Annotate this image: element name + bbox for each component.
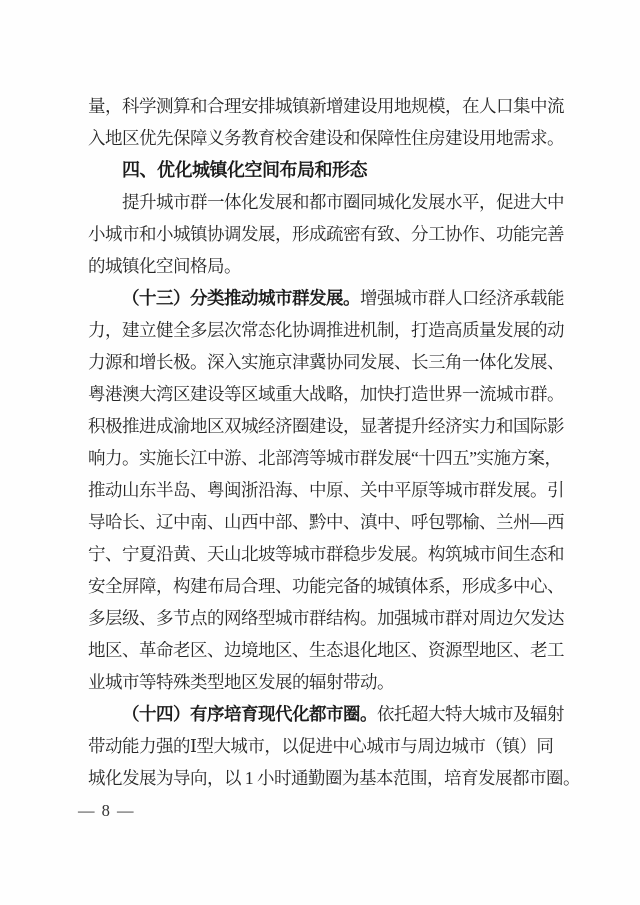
- body-text: 量，科学测算和合理安排城镇新增建设用地规模，在人口集中流: [88, 96, 564, 116]
- body-text: 业城市等特殊类型地区发展的辐射带动。: [88, 672, 394, 692]
- document-body: 量，科学测算和合理安排城镇新增建设用地规模，在人口集中流入地区优先保障义务教育校…: [88, 90, 563, 794]
- text-line: 宁、宁夏沿黄、天山北坡等城市群稳步发展。构筑城市间生态和: [88, 538, 563, 570]
- body-text: 入地区优先保障义务教育校舍建设和保障性住房建设用地需求。: [88, 128, 564, 148]
- text-line: （十三）分类推动城市群发展。增强城市群人口经济承载能: [88, 282, 563, 314]
- body-text: 小城市和小城镇协调发展，形成疏密有致、分工协作、功能完善: [88, 224, 564, 244]
- body-text: 力，建立健全多层次常态化协调推进机制，打造高质量发展的动: [88, 320, 564, 340]
- page-number: — 8 —: [78, 801, 135, 821]
- emphasized-text: （十四）有序培育现代化都市圈。: [122, 704, 377, 724]
- text-line: 积极推进成渝地区双城经济圈建设，显著提升经济实力和国际影: [88, 410, 563, 442]
- body-text: 多层级、多节点的网络型城市群结构。加强城市群对周边欠发达: [88, 608, 564, 628]
- body-text: 地区、革命老区、边境地区、生态退化地区、资源型地区、老工: [88, 640, 564, 660]
- text-line: 的城镇化空间格局。: [88, 250, 563, 282]
- body-text: 提升城市群一体化发展和都市圈同城化发展水平，促进大中: [122, 192, 564, 212]
- text-line: 提升城市群一体化发展和都市圈同城化发展水平，促进大中: [88, 186, 563, 218]
- text-line: 多层级、多节点的网络型城市群结构。加强城市群对周边欠发达: [88, 602, 563, 634]
- text-line: 导哈长、辽中南、山西中部、黔中、滇中、呼包鄂榆、兰州—西: [88, 506, 563, 538]
- text-line: 力源和增长极。深入实施京津冀协同发展、长三角一体化发展、: [88, 346, 563, 378]
- body-text: 安全屏障，构建布局合理、功能完备的城镇体系，形成多中心、: [88, 576, 564, 596]
- body-text: 的城镇化空间格局。: [88, 256, 241, 276]
- text-line: 业城市等特殊类型地区发展的辐射带动。: [88, 666, 563, 698]
- text-line: 力，建立健全多层次常态化协调推进机制，打造高质量发展的动: [88, 314, 563, 346]
- text-line: 城化发展为导向，以 1 小时通勤圈为基本范围，培育发展都市圈。: [88, 762, 563, 794]
- text-line: 入地区优先保障义务教育校舍建设和保障性住房建设用地需求。: [88, 122, 563, 154]
- body-text: 响力。实施长江中游、北部湾等城市群发展“十四五”实施方案，: [88, 448, 562, 468]
- body-text: 宁、宁夏沿黄、天山北坡等城市群稳步发展。构筑城市间生态和: [88, 544, 564, 564]
- section-heading: 四、优化城镇化空间布局和形态: [88, 154, 563, 186]
- body-text: 力源和增长极。深入实施京津冀协同发展、长三角一体化发展、: [88, 352, 564, 372]
- body-text: 导哈长、辽中南、山西中部、黔中、滇中、呼包鄂榆、兰州—西: [88, 512, 564, 532]
- emphasized-text: （十三）分类推动城市群发展。: [122, 288, 360, 308]
- body-text: 增强城市群人口经济承载能: [360, 288, 564, 308]
- body-text: 推动山东半岛、粤闽浙沿海、中原、关中平原等城市群发展。引: [88, 480, 564, 500]
- body-text: 依托超大特大城市及辐射: [377, 704, 564, 724]
- text-line: 推动山东半岛、粤闽浙沿海、中原、关中平原等城市群发展。引: [88, 474, 563, 506]
- text-line: （十四）有序培育现代化都市圈。依托超大特大城市及辐射: [88, 698, 563, 730]
- text-line: 小城市和小城镇协调发展，形成疏密有致、分工协作、功能完善: [88, 218, 563, 250]
- text-line: 粤港澳大湾区建设等区域重大战略，加快打造世界一流城市群。: [88, 378, 563, 410]
- text-line: 响力。实施长江中游、北部湾等城市群发展“十四五”实施方案，: [88, 442, 563, 474]
- document-page: 量，科学测算和合理安排城镇新增建设用地规模，在人口集中流入地区优先保障义务教育校…: [0, 0, 640, 905]
- text-line: 带动能力强的Ⅰ型大城市，以促进中心城市与周边城市（镇）同: [88, 730, 563, 762]
- text-line: 安全屏障，构建布局合理、功能完备的城镇体系，形成多中心、: [88, 570, 563, 602]
- body-text: 带动能力强的Ⅰ型大城市，以促进中心城市与周边城市（镇）同: [88, 736, 553, 756]
- text-line: 地区、革命老区、边境地区、生态退化地区、资源型地区、老工: [88, 634, 563, 666]
- body-text: 城化发展为导向，以 1 小时通勤圈为基本范围，培育发展都市圈。: [88, 768, 580, 788]
- body-text: 粤港澳大湾区建设等区域重大战略，加快打造世界一流城市群。: [88, 384, 564, 404]
- text-line: 量，科学测算和合理安排城镇新增建设用地规模，在人口集中流: [88, 90, 563, 122]
- emphasized-text: 四、优化城镇化空间布局和形态: [122, 160, 367, 180]
- body-text: 积极推进成渝地区双城经济圈建设，显著提升经济实力和国际影: [88, 416, 564, 436]
